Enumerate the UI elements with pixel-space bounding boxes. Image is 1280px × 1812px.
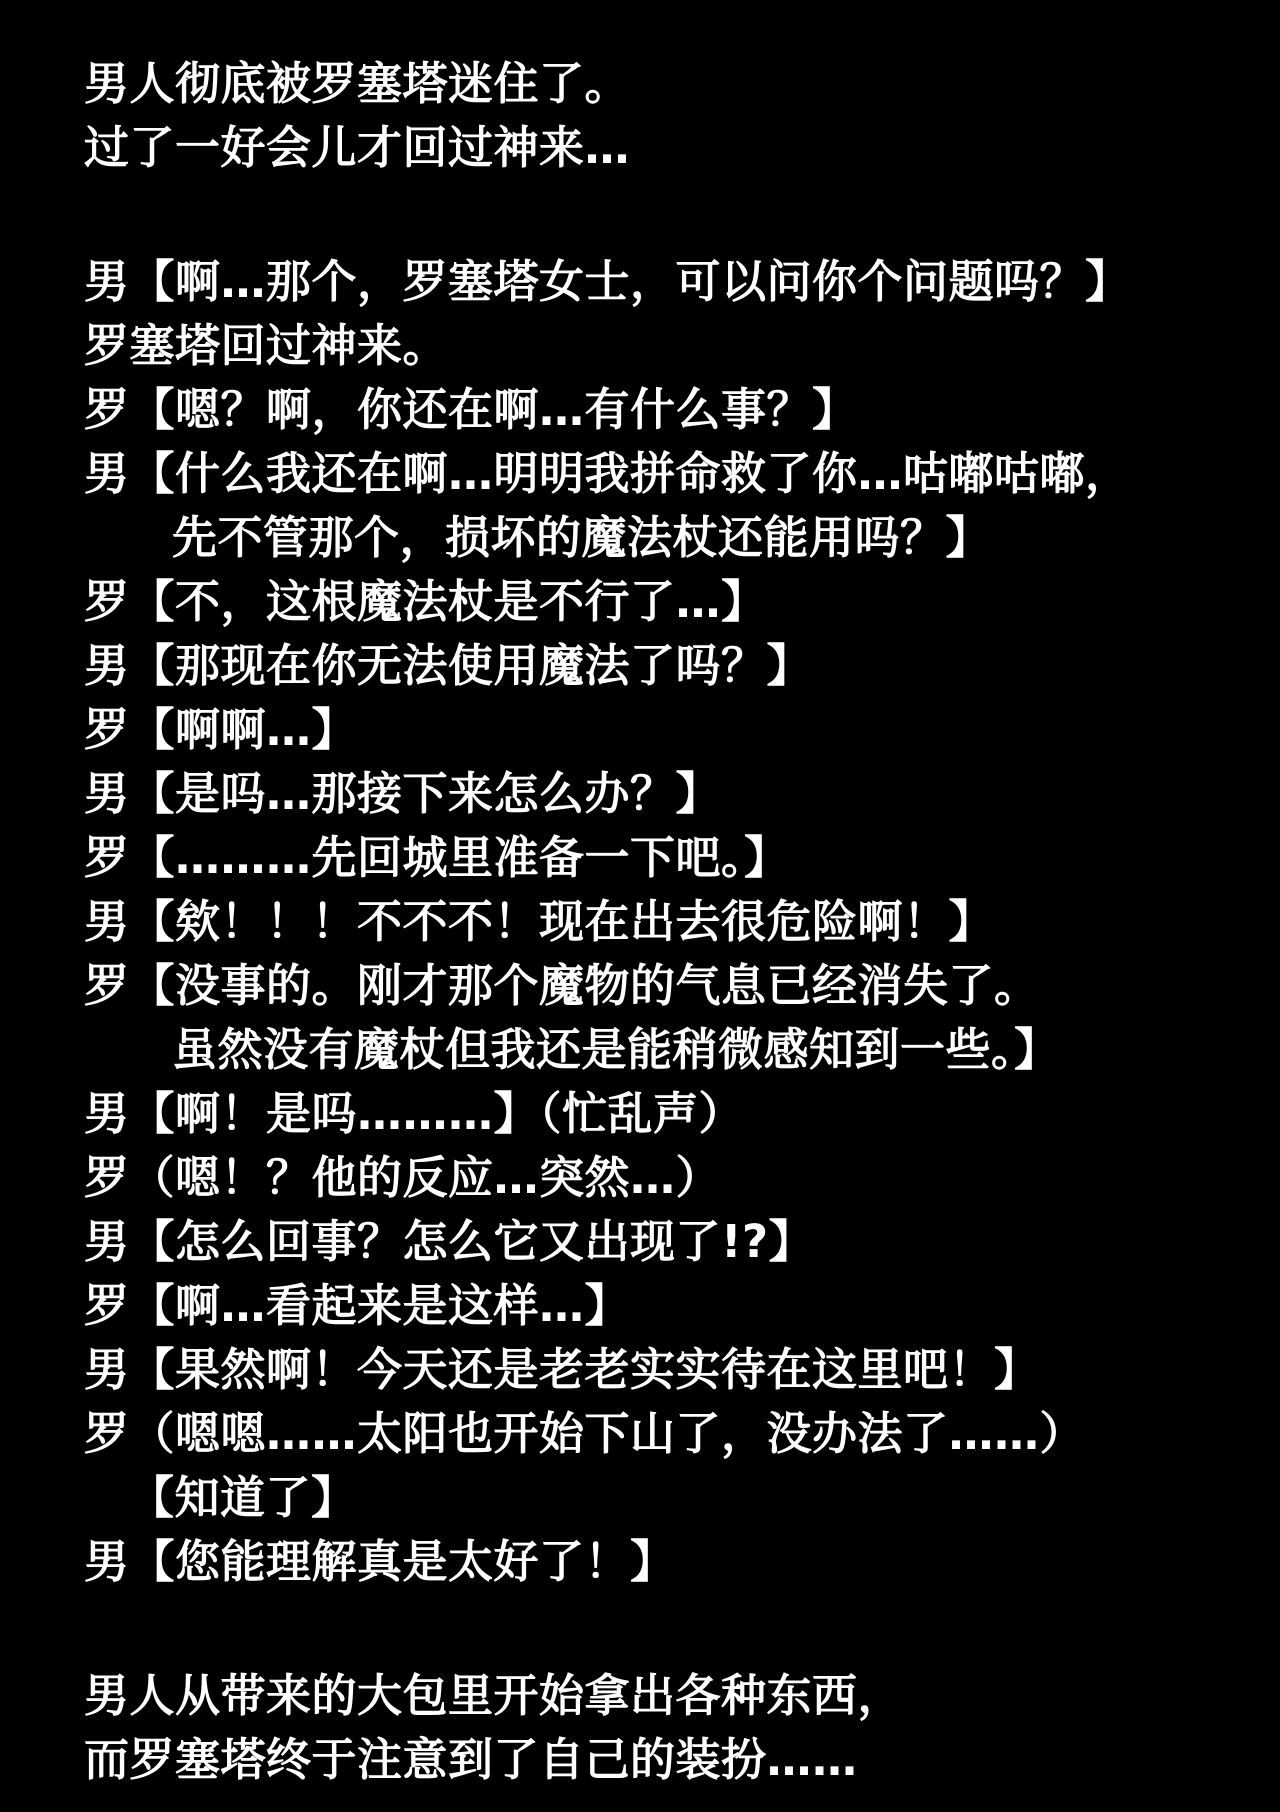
narration-line: 过了一好会儿才回过神来… [84,116,1240,180]
dialogue-line-man: 男【果然啊！今天还是老老实实待在这里吧！】 [84,1338,1240,1402]
dialogue-line-man: 男【您能理解真是太好了！】 [84,1530,1240,1594]
narration-line: 男人从带来的大包里开始拿出各种东西， [84,1664,1240,1728]
narration-line: 罗塞塔回过神来。 [84,314,1240,378]
dialogue-line-man: 男【是吗…那接下来怎么办？】 [84,762,1240,826]
dialogue-line-man: 男【啊…那个，罗塞塔女士，可以问你个问题吗？】 [84,250,1240,314]
dialogue-line-rosetta: 罗【没事的。刚才那个魔物的气息已经消失了。 [84,954,1240,1018]
script-page: 男人彻底被罗塞塔迷住了。 过了一好会儿才回过神来… 男【啊…那个，罗塞塔女士，可… [0,0,1280,1812]
dialogue-line-man: 男【什么我还在啊…明明我拼命救了你…咕嘟咕嘟， [84,442,1240,506]
dialogue-line-man: 男【那现在你无法使用魔法了吗？】 [84,634,1240,698]
dialogue-line-man: 男【欸！！！不不不！现在出去很危险啊！】 [84,890,1240,954]
dialogue-line-rosetta: 罗（嗯！？他的反应…突然…） [84,1146,1240,1210]
narration-line: 男人彻底被罗塞塔迷住了。 [84,52,1240,116]
dialogue-line-rosetta: 罗【啊啊…】 [84,698,1240,762]
narration-line: 而罗塞塔终于注意到了自己的装扮…… [84,1728,1240,1792]
dialogue-line-man: 男【怎么回事？怎么它又出现了!?】 [84,1210,1240,1274]
dialogue-line-rosetta-continued: 【知道了】 [84,1466,1240,1530]
dialogue-line-rosetta: 罗【啊…看起来是这样…】 [84,1274,1240,1338]
dialogue-line-rosetta: 罗【嗯？啊，你还在啊…有什么事？】 [84,378,1240,442]
dialogue-line-man: 男【啊！是吗………】（忙乱声） [84,1082,1240,1146]
dialogue-line-rosetta: 罗（嗯嗯……太阳也开始下山了，没办法了……） [84,1402,1240,1466]
dialogue-line-rosetta: 罗【不，这根魔法杖是不行了…】 [84,570,1240,634]
dialogue-line-man-continued: 先不管那个，损坏的魔法杖还能用吗？】 [84,506,1240,570]
dialogue-line-rosetta: 罗【………先回城里准备一下吧。】 [84,826,1240,890]
dialogue-line-rosetta-continued: 虽然没有魔杖但我还是能稍微感知到一些。】 [84,1018,1240,1082]
